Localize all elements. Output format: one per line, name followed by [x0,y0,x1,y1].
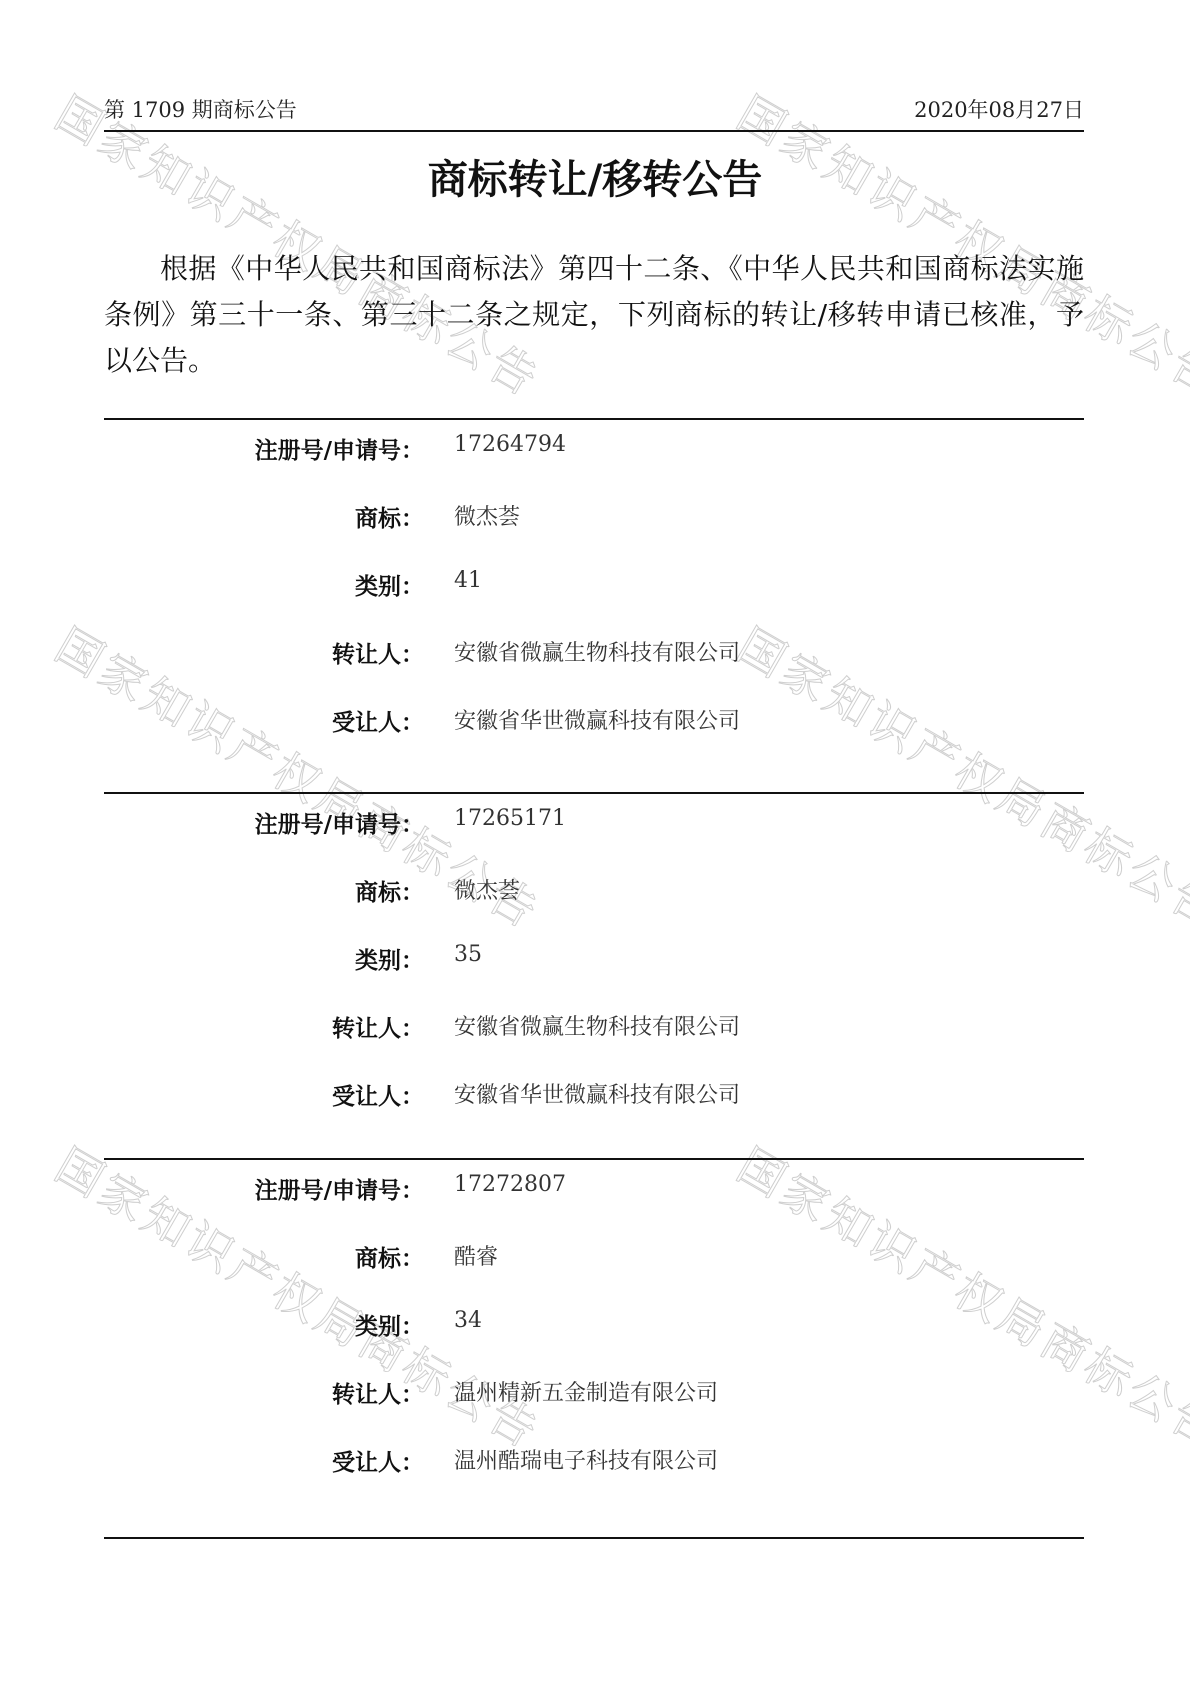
label: 转让人： [332,1010,424,1043]
label: 受让人： [332,1078,424,1111]
label: 商标： [355,1240,424,1273]
label: 类别： [355,568,424,601]
value: 温州精新五金制造有限公司 [454,1376,718,1407]
label: 类别： [355,1308,424,1341]
intro-paragraph: 根据《中华人民共和国商标法》第四十二条、《中华人民共和国商标法实施条例》第三十一… [104,246,1084,384]
page-title: 商标转让/移转公告 [0,148,1190,205]
value: 35 [454,942,482,967]
field-class: 类别： 41 [104,556,1084,624]
value: 41 [454,568,482,593]
value: 安徽省华世微赢科技有限公司 [454,1078,740,1109]
field-reg-no: 注册号/申请号： 17265171 [104,794,1084,862]
field-assignee: 受让人： 安徽省华世微赢科技有限公司 [104,1066,1084,1134]
record: 注册号/申请号： 17272807 商标： 酷睿 类别： 34 转让人： 温州精… [104,1158,1084,1500]
field-reg-no: 注册号/申请号： 17264794 [104,420,1084,488]
page-header: 第 1709 期商标公告 2020年08月27日 [104,92,1084,132]
value: 17272807 [454,1172,566,1197]
field-class: 类别： 35 [104,930,1084,998]
field-reg-no: 注册号/申请号： 17272807 [104,1160,1084,1228]
value: 17264794 [454,432,566,457]
label: 商标： [355,874,424,907]
value: 安徽省微赢生物科技有限公司 [454,636,740,667]
label: 受让人： [332,704,424,737]
value: 温州酷瑞电子科技有限公司 [454,1444,718,1475]
label: 受让人： [332,1444,424,1477]
label: 注册号/申请号： [255,1172,424,1205]
issue-number: 第 1709 期商标公告 [104,94,297,124]
field-assignor: 转让人： 温州精新五金制造有限公司 [104,1364,1084,1432]
label: 注册号/申请号： [255,432,424,465]
value: 34 [454,1308,482,1333]
value: 安徽省华世微赢科技有限公司 [454,704,740,735]
label: 商标： [355,500,424,533]
value: 17265171 [454,806,566,831]
record: 注册号/申请号： 17265171 商标： 微杰荟 类别： 35 转让人： 安徽… [104,792,1084,1134]
field-trademark: 商标： 微杰荟 [104,488,1084,556]
record: 注册号/申请号： 17264794 商标： 微杰荟 类别： 41 转让人： 安徽… [104,418,1084,760]
field-assignee: 受让人： 温州酷瑞电子科技有限公司 [104,1432,1084,1500]
label: 转让人： [332,636,424,669]
value: 微杰荟 [454,500,520,531]
field-assignor: 转让人： 安徽省微赢生物科技有限公司 [104,998,1084,1066]
field-trademark: 商标： 微杰荟 [104,862,1084,930]
label: 注册号/申请号： [255,806,424,839]
value: 酷睿 [454,1240,498,1271]
label: 类别： [355,942,424,975]
value: 安徽省微赢生物科技有限公司 [454,1010,740,1041]
field-assignee: 受让人： 安徽省华世微赢科技有限公司 [104,692,1084,760]
label: 转让人： [332,1376,424,1409]
publish-date: 2020年08月27日 [914,94,1084,124]
field-class: 类别： 34 [104,1296,1084,1364]
field-assignor: 转让人： 安徽省微赢生物科技有限公司 [104,624,1084,692]
field-trademark: 商标： 酷睿 [104,1228,1084,1296]
divider [104,1537,1084,1539]
value: 微杰荟 [454,874,520,905]
